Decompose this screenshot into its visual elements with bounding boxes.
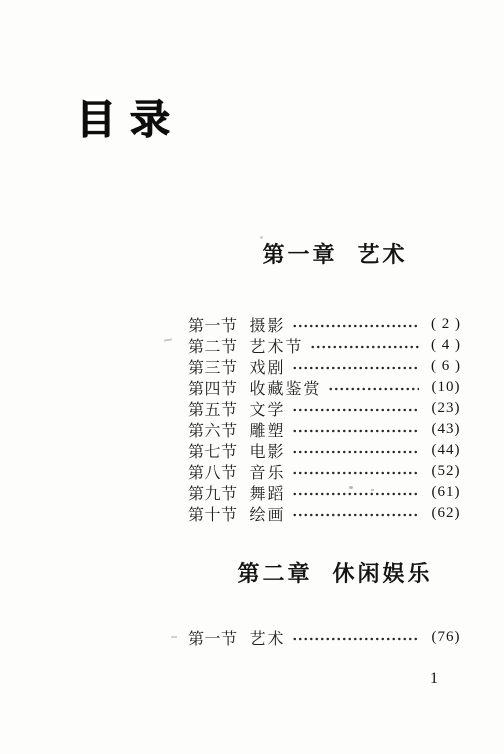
section-label: 第十节: [188, 502, 238, 525]
section-title: 摄影: [250, 313, 286, 336]
section-title: 音乐: [250, 460, 286, 483]
section-page-number: ( 6 ): [424, 358, 468, 375]
dot-leader: [292, 427, 419, 434]
toc-row: 第六节 雕塑 (43): [188, 419, 468, 440]
section-label: 第六节: [188, 418, 238, 441]
section-title: 收藏鉴赏: [250, 376, 322, 399]
toc-row: 第五节 文学 (23): [188, 398, 468, 419]
chapter-1-number: 第一章: [262, 243, 337, 267]
chapter-1-title: 艺术: [358, 243, 408, 267]
section-page-number: (44): [424, 442, 468, 459]
dot-leader: [310, 343, 419, 350]
chapter-2-title: 休闲娱乐: [333, 562, 433, 586]
toc-row: 第二节 艺术节 ( 4 ): [188, 335, 468, 356]
section-title: 艺术: [250, 626, 286, 649]
toc-row: 第四节 收藏鉴赏 (10): [188, 377, 468, 398]
section-page-number: (76): [424, 629, 468, 646]
section-title: 舞蹈: [250, 481, 286, 504]
chapter-2-heading: 第二章 休闲娱乐: [188, 562, 468, 586]
folio-page-number: 1: [424, 670, 444, 688]
scan-artifact: [164, 338, 172, 341]
dot-leader: [292, 511, 419, 518]
section-title: 戏剧: [250, 355, 286, 378]
section-label: 第四节: [188, 376, 238, 399]
section-page-number: ( 2 ): [424, 316, 468, 333]
section-title: 电影: [250, 439, 286, 462]
toc-row: 第九节 舞蹈 (61): [188, 482, 468, 503]
section-title: 雕塑: [250, 418, 286, 441]
toc-row: 第十节 绘画 (62): [188, 503, 468, 524]
toc-row: 第三节 戏剧 ( 6 ): [188, 356, 468, 377]
chapter-2-section-list: 第一节 艺术 (76): [188, 627, 468, 648]
dot-leader: [292, 406, 419, 413]
chapter-1-heading: 第一章 艺术: [188, 243, 468, 267]
section-page-number: (61): [424, 484, 468, 501]
section-title: 艺术节: [250, 334, 304, 357]
section-page-number: ( 4 ): [424, 337, 468, 354]
section-label: 第七节: [188, 439, 238, 462]
section-label: 第一节: [188, 313, 238, 336]
dot-leader: [292, 364, 419, 371]
scan-artifact: [260, 236, 263, 239]
section-label: 第五节: [188, 397, 238, 420]
section-label: 第一节: [188, 626, 238, 649]
section-page-number: (52): [424, 463, 468, 480]
section-label: 第二节: [188, 334, 238, 357]
section-label: 第九节: [188, 481, 238, 504]
page-title: 目录: [76, 100, 184, 140]
toc-row: 第八节 音乐 (52): [188, 461, 468, 482]
dot-leader: [292, 469, 419, 476]
section-title: 文学: [250, 397, 286, 420]
section-page-number: (43): [424, 421, 468, 438]
dot-leader: [292, 490, 419, 497]
section-page-number: (10): [424, 379, 468, 396]
section-page-number: (23): [424, 400, 468, 417]
toc-row: 第一节 艺术 (76): [188, 627, 468, 648]
dot-leader: [292, 635, 419, 642]
dot-leader: [292, 448, 419, 455]
dot-leader: [292, 322, 419, 329]
section-label: 第三节: [188, 355, 238, 378]
section-title: 绘画: [250, 502, 286, 525]
dot-leader: [328, 385, 419, 392]
chapter-1-section-list: 第一节 摄影 ( 2 ) 第二节 艺术节 ( 4 ) 第三节 戏剧 ( 6 ) …: [188, 314, 468, 524]
scanned-toc-page: 目录 第一章 艺术 第一节 摄影 ( 2 ) 第二节 艺术节 ( 4 ) 第三节…: [0, 0, 504, 754]
toc-row: 第七节 电影 (44): [188, 440, 468, 461]
section-label: 第八节: [188, 460, 238, 483]
chapter-2-number: 第二章: [237, 562, 312, 586]
scan-artifact: [171, 636, 177, 638]
toc-row: 第一节 摄影 ( 2 ): [188, 314, 468, 335]
section-page-number: (62): [424, 505, 468, 522]
